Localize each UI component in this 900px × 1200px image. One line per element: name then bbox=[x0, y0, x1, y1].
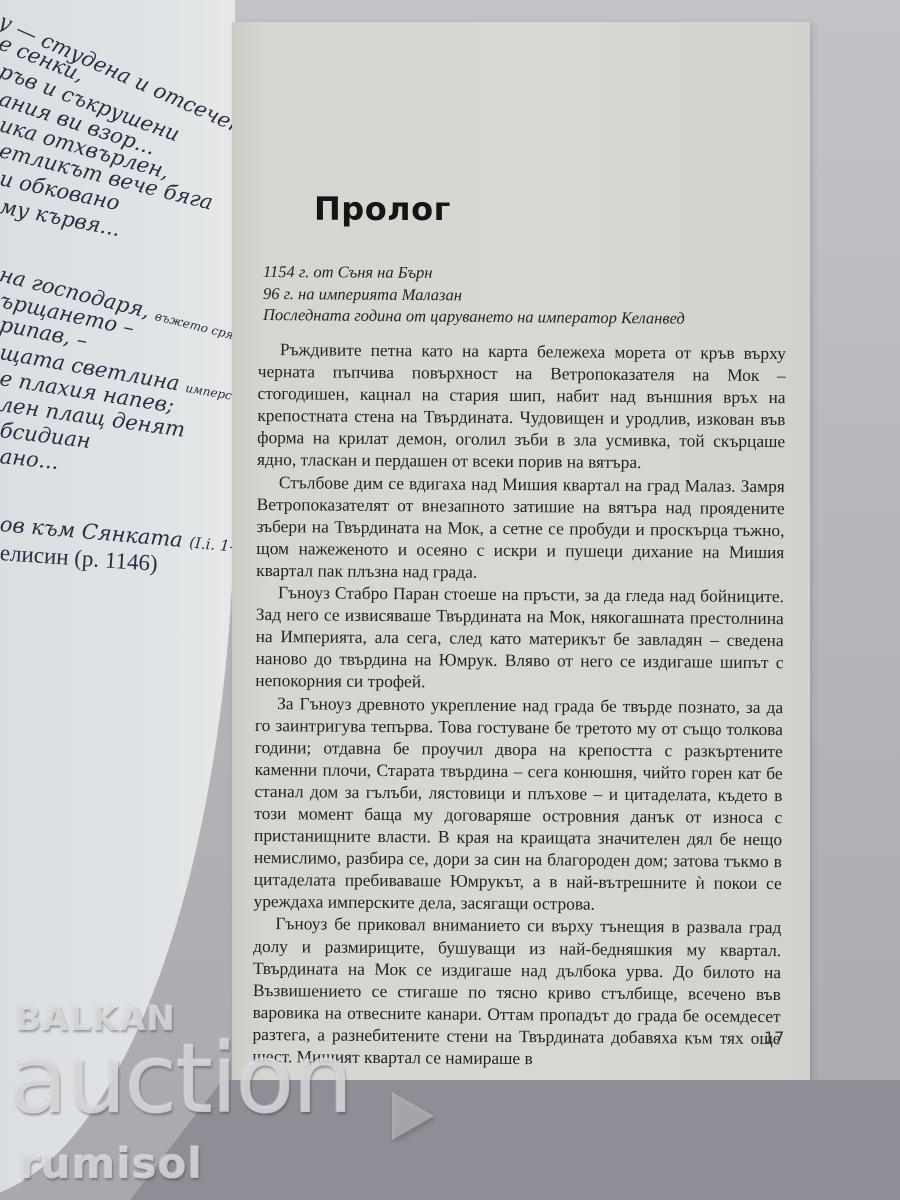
paragraph: Стълбове дим се вдигаха над Мишия кварта… bbox=[256, 471, 785, 586]
chapter-body: Ръждивите петна като на карта бележеха м… bbox=[252, 338, 786, 1071]
paragraph: Гъноуз Стабро Паран стоеше на пръсти, за… bbox=[255, 581, 784, 696]
chapter-title: Пролог bbox=[314, 190, 451, 228]
watermark-auction: auction bbox=[8, 1022, 350, 1134]
dateline-line: 96 г. на империята Малазан bbox=[263, 284, 462, 305]
poem-line: ано... bbox=[0, 444, 60, 474]
dateline-line: Последната година от царуването на импер… bbox=[263, 305, 685, 329]
watermark-arrow-icon bbox=[392, 1092, 434, 1140]
paragraph: За Гъноуз древното укрепление над града … bbox=[253, 691, 783, 916]
epigraph-poem: у — студена и отсечена! е сенки, ръв и с… bbox=[0, 0, 235, 700]
dateline-line: 1154 г. от Съня на Бърн bbox=[263, 262, 433, 283]
watermark-rumisol: rumisol bbox=[18, 1138, 202, 1187]
page-number: 17 bbox=[764, 1028, 784, 1047]
paragraph: Ръждивите петна като на карта бележеха м… bbox=[257, 338, 786, 475]
